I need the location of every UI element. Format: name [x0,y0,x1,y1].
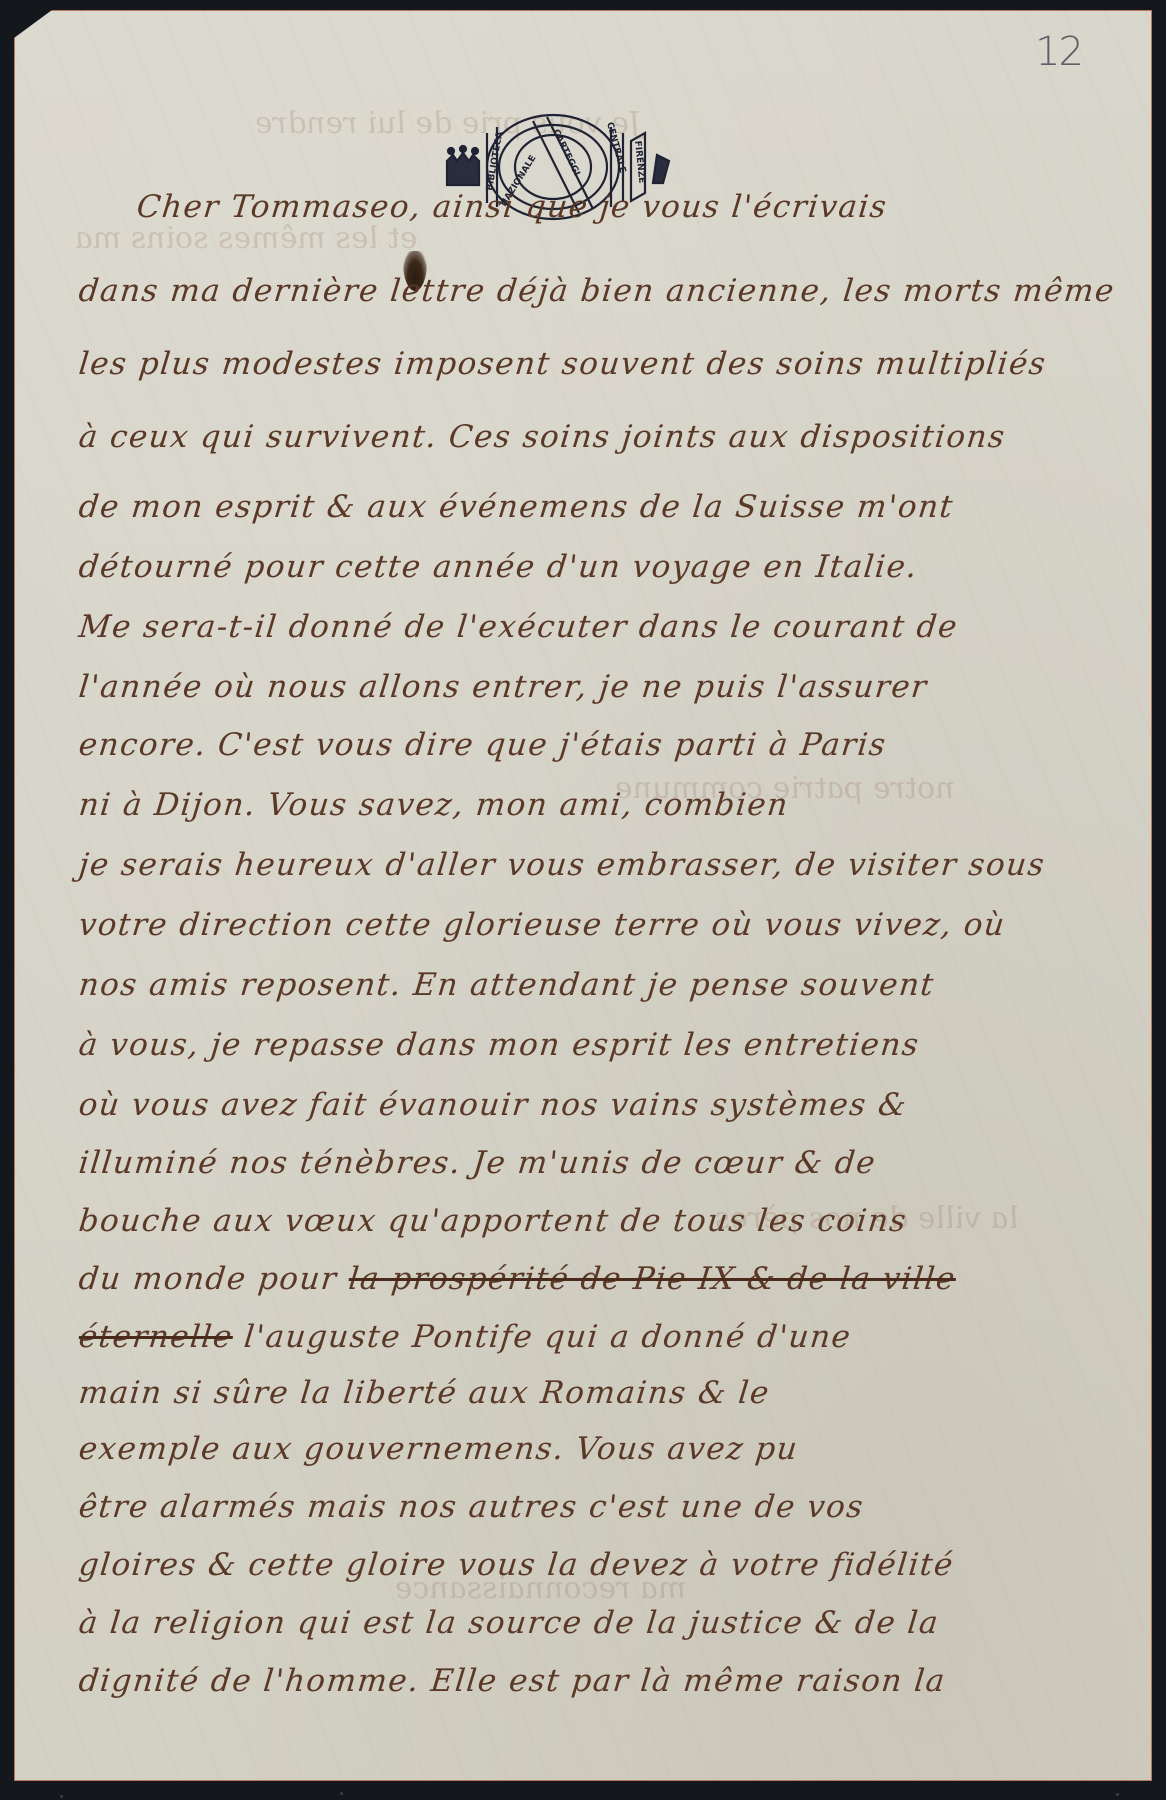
backdrop-speck [340,1792,343,1795]
letter-tail [15,11,1151,1780]
backdrop-speck [60,1795,63,1798]
backdrop-speck [1116,1793,1119,1796]
letter-page: Je vous prie de lui rendre et les mêmes … [14,10,1152,1781]
